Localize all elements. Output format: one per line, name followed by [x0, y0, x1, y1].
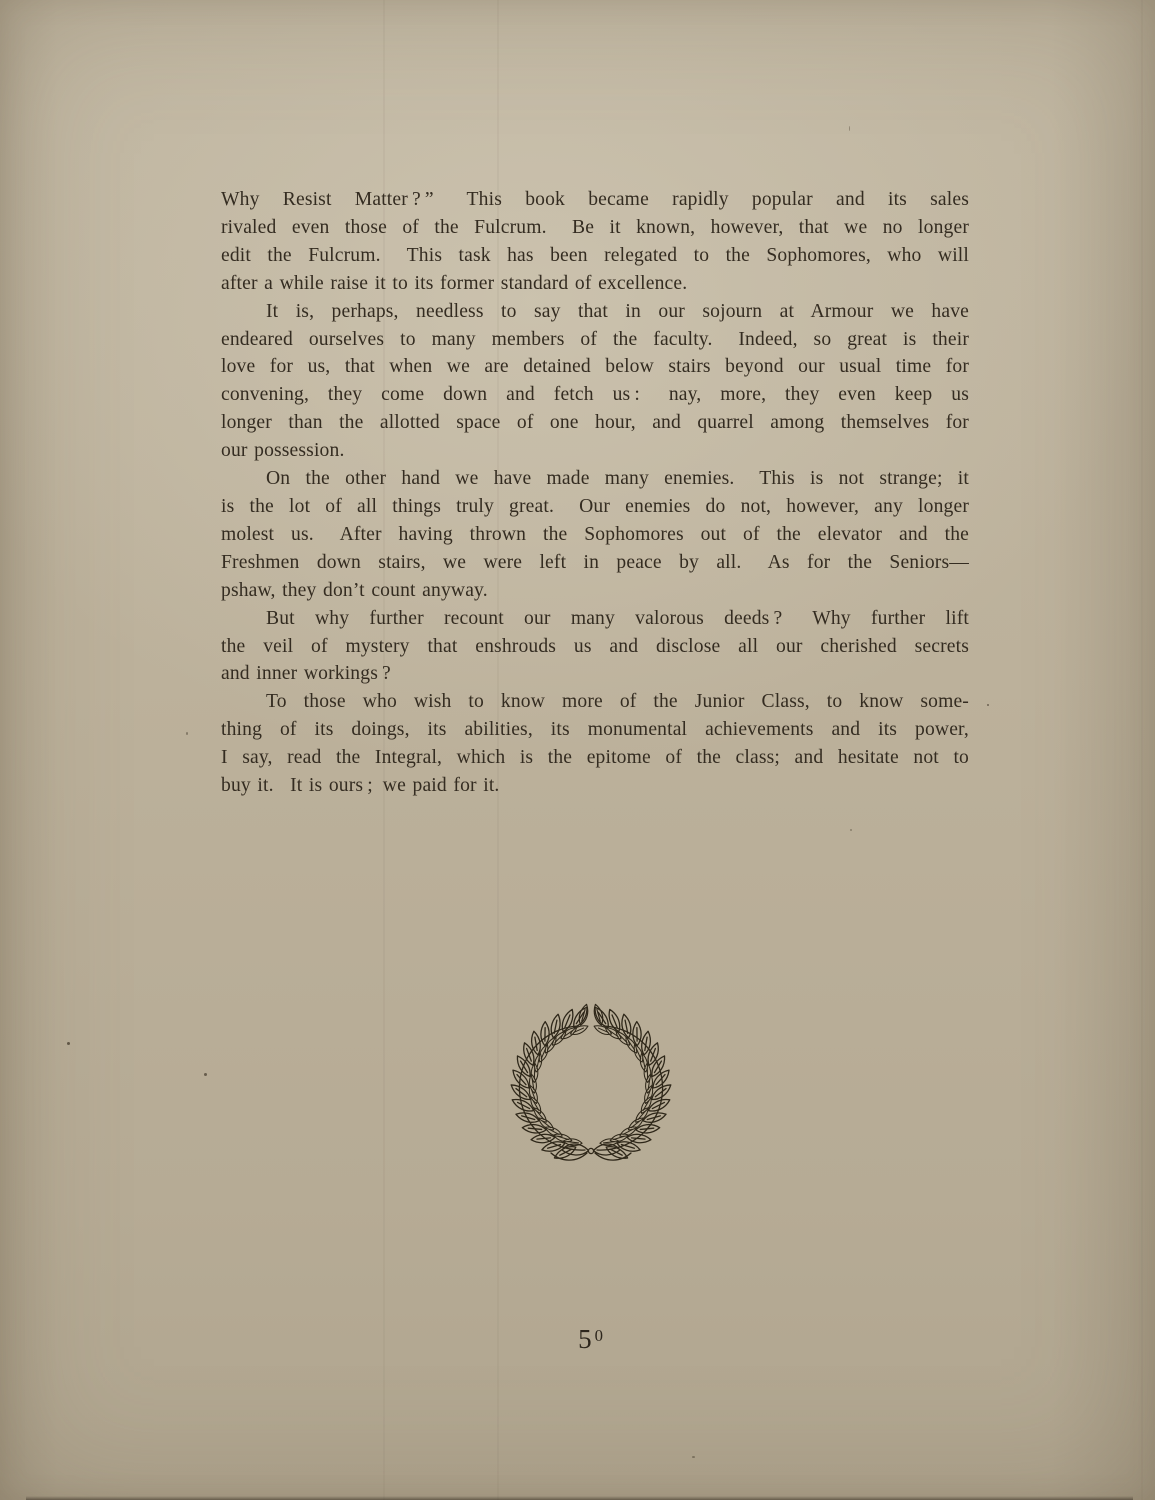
paragraph: On the other hand we have made many enem…	[221, 465, 969, 605]
paper-speck	[67, 1042, 70, 1045]
page-number-digit: 0	[595, 1326, 603, 1345]
paper-speck	[987, 704, 989, 706]
text-line: To those who wish to know more of the Ju…	[221, 688, 969, 716]
text-line: love for us, that when we are detained b…	[221, 353, 969, 381]
text-line: thing of its doings, its abilities, its …	[221, 716, 969, 744]
text-line: the veil of mystery that enshrouds us an…	[221, 633, 969, 661]
paragraph: But why further recount our many valorou…	[221, 605, 969, 689]
text-line: On the other hand we have made many enem…	[221, 465, 969, 493]
text-line: is the lot of all things truly great. Ou…	[221, 493, 969, 521]
text-line: after a while raise it to its former sta…	[221, 270, 969, 298]
scanned-page: Why Resist Matter ? ” This book became r…	[0, 0, 1155, 1500]
text-line: rivaled even those of the Fulcrum. Be it…	[221, 214, 969, 242]
wreath-leaves	[509, 1003, 674, 1161]
paper-speck	[850, 829, 852, 831]
text-line: Why Resist Matter ? ” This book became r…	[221, 186, 969, 214]
text-line: pshaw, they don’t count anyway.	[221, 577, 969, 605]
paper-fiber-line	[1141, 0, 1143, 1500]
paragraph: Why Resist Matter ? ” This book became r…	[221, 186, 969, 298]
paragraph: To those who wish to know more of the Ju…	[221, 688, 969, 800]
page-number-digit: 5	[578, 1324, 595, 1354]
page-text: Why Resist Matter ? ” This book became r…	[221, 186, 969, 800]
paper-speck	[186, 732, 188, 735]
text-line: endeared ourselves to many members of th…	[221, 326, 969, 354]
wreath-knot	[588, 1148, 593, 1153]
text-line: It is, perhaps, needless to say that in …	[221, 298, 969, 326]
text-line: Freshmen down stairs, we were left in pe…	[221, 549, 969, 577]
text-line: I say, read the Integral, which is the e…	[221, 744, 969, 772]
paper-speck	[849, 126, 850, 131]
text-line: convening, they come down and fetch us :…	[221, 381, 969, 409]
page-number: 50	[578, 1324, 603, 1355]
text-line: our possession.	[221, 437, 969, 465]
text-line: edit the Fulcrum. This task has been rel…	[221, 242, 969, 270]
paper-speck	[692, 1456, 695, 1458]
paragraph: It is, perhaps, needless to say that in …	[221, 298, 969, 465]
text-line: But why further recount our many valorou…	[221, 605, 969, 633]
text-line: and inner workings ?	[221, 660, 969, 688]
text-line: molest us. After having thrown the Sopho…	[221, 521, 969, 549]
text-line: longer than the allotted space of one ho…	[221, 409, 969, 437]
paper-speck	[204, 1073, 207, 1076]
text-line: buy it. It is ours ; we paid for it.	[221, 772, 969, 800]
laurel-wreath-illustration	[502, 996, 680, 1178]
